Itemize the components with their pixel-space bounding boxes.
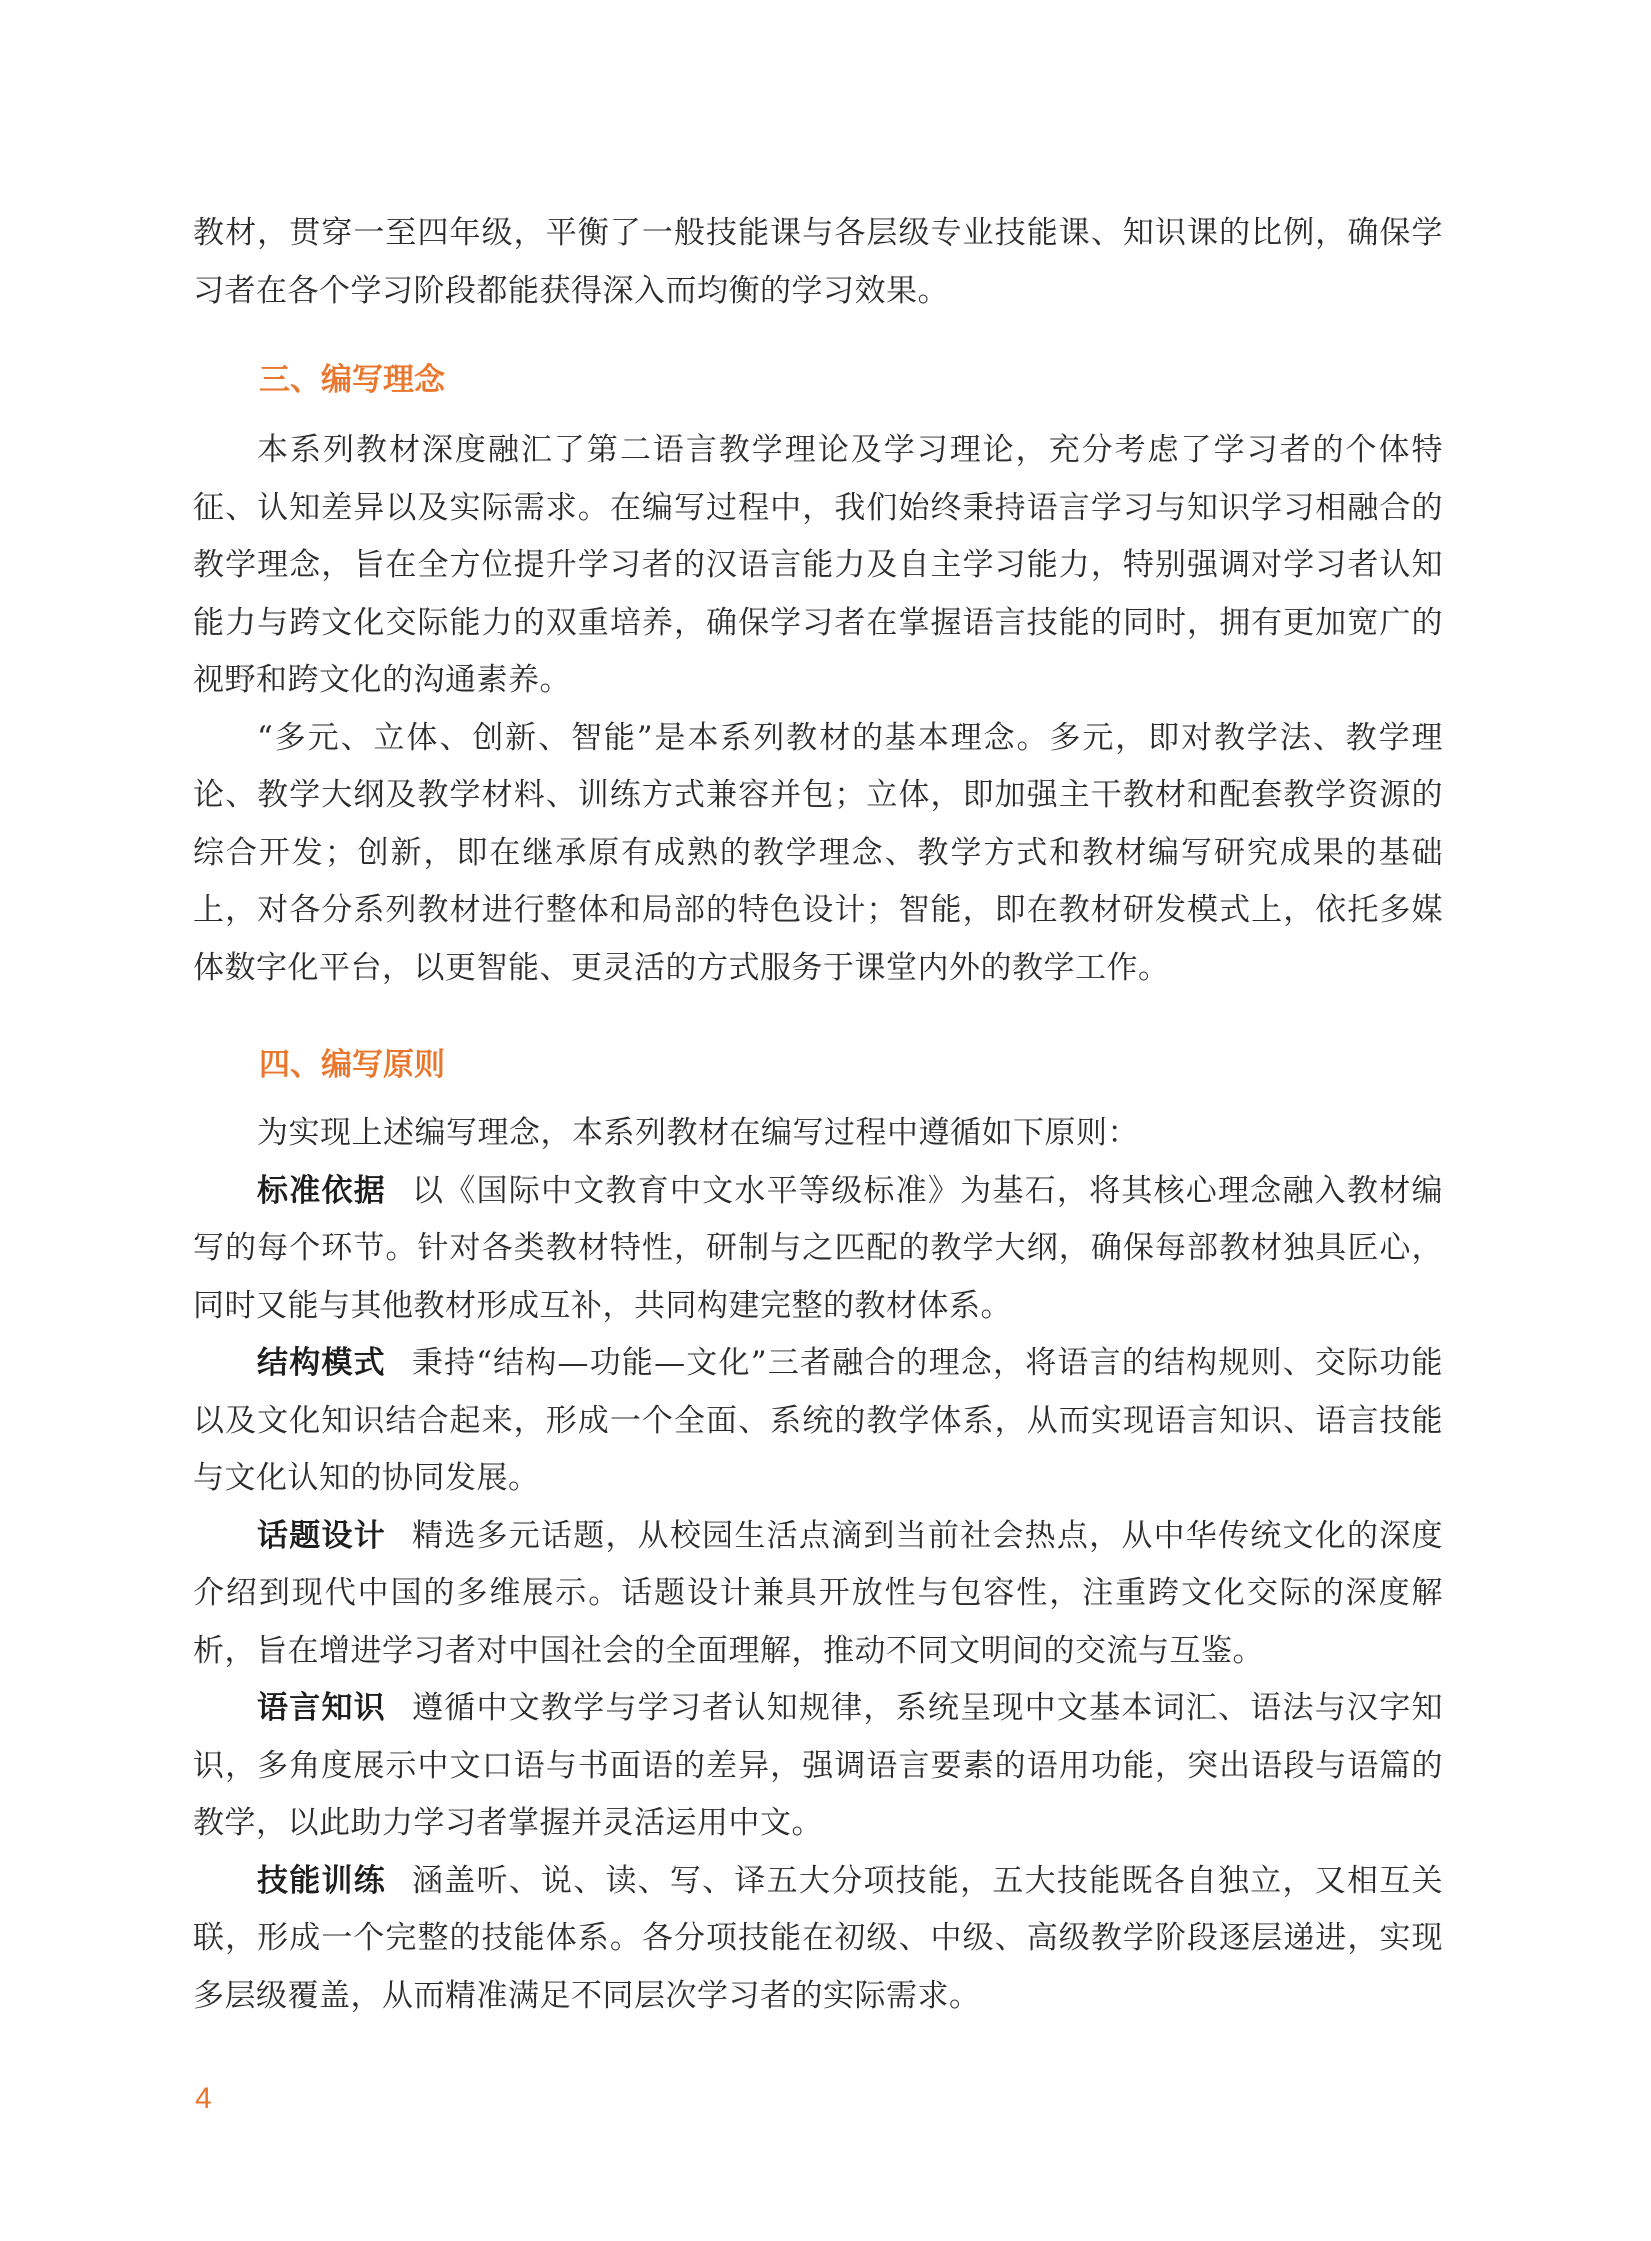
principle-standards: 标准依据以《国际中文教育中文水平等级标准》为基石，将其核心理念融入教材编写的每个…	[193, 1163, 1443, 1336]
philosophy-paragraph-1: 本系列教材深度融汇了第二语言教学理论及学习理论，充分考虑了学习者的个体特征、认知…	[193, 422, 1443, 710]
principle-term: 结构模式	[257, 1345, 386, 1381]
principle-language-knowledge: 语言知识遵循中文教学与学习者认知规律，系统呈现中文基本词汇、语法与汉字知识，多角…	[193, 1680, 1443, 1853]
principle-term: 语言知识	[257, 1690, 386, 1726]
page-number: 4	[195, 2082, 212, 2116]
principle-skills-training: 技能训练涵盖听、说、读、写、译五大分项技能，五大技能既各自独立，又相互关联，形成…	[193, 1853, 1443, 2026]
section-heading-philosophy: 三、编写理念	[193, 360, 1443, 400]
principle-term: 话题设计	[257, 1518, 386, 1554]
principles-lead: 为实现上述编写理念，本系列教材在编写过程中遵循如下原则：	[193, 1105, 1443, 1163]
section-heading-principles: 四、编写原则	[193, 1045, 1443, 1085]
principle-structure: 结构模式秉持“结构—功能—文化”三者融合的理念，将语言的结构规则、交际功能以及文…	[193, 1335, 1443, 1508]
philosophy-paragraph-2: “多元、立体、创新、智能”是本系列教材的基本理念。多元，即对教学法、教学理论、教…	[193, 710, 1443, 998]
principle-term: 标准依据	[257, 1173, 386, 1209]
principle-topics: 话题设计精选多元话题，从校园生活点滴到当前社会热点，从中华传统文化的深度介绍到现…	[193, 1508, 1443, 1681]
principle-term: 技能训练	[257, 1863, 386, 1899]
intro-paragraph: 教材，贯穿一至四年级，平衡了一般技能课与各层级专业技能课、知识课的比例，确保学习…	[193, 205, 1443, 320]
document-page: 教材，贯穿一至四年级，平衡了一般技能课与各层级专业技能课、知识课的比例，确保学习…	[193, 205, 1443, 2025]
